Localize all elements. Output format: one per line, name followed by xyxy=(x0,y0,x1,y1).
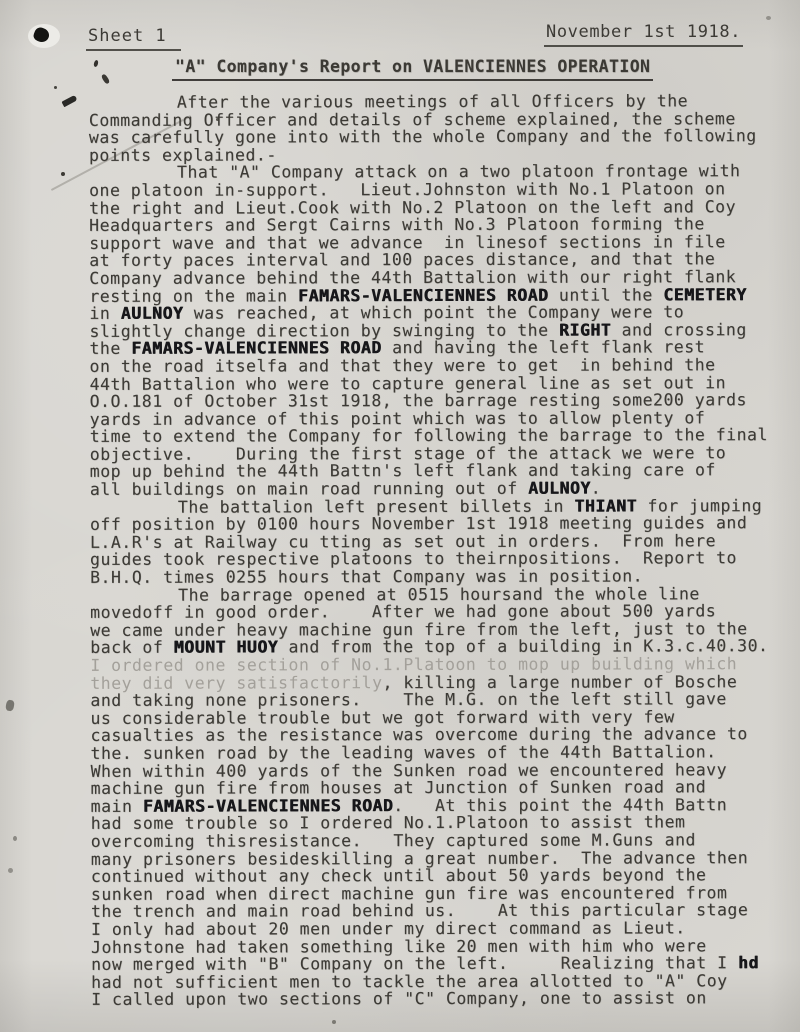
document-date: November 1st 1918. xyxy=(544,22,743,47)
ink-speck xyxy=(61,95,77,107)
typed-text: for jumping xyxy=(637,496,762,515)
typed-text: was carefully gone into with the whole C… xyxy=(89,126,757,147)
emphasized-text: AULNOY xyxy=(121,304,184,323)
emphasized-text: AULNOY xyxy=(528,479,591,498)
ink-speck xyxy=(332,1020,336,1024)
ink-speck xyxy=(8,868,13,873)
text-line: I called upon two sections of "C" Compan… xyxy=(91,989,791,1008)
emphasized-text: THIANT xyxy=(574,496,637,515)
emphasized-text: hd xyxy=(738,953,759,972)
text-line: was carefully gone into with the whole C… xyxy=(89,127,789,146)
typed-text: and crossing xyxy=(611,320,747,339)
typed-text: resting on the main xyxy=(89,286,298,306)
ink-speck xyxy=(93,60,99,68)
emphasized-text: RIGHT xyxy=(559,320,611,339)
document-title: "A" Company's Report on VALENCIENNES OPE… xyxy=(172,57,653,81)
emphasized-text: CEMETERY xyxy=(663,285,747,304)
paper-hole-patch xyxy=(28,24,60,48)
ink-speck xyxy=(54,86,57,89)
typed-text: back of xyxy=(90,638,174,657)
ink-blot xyxy=(32,26,51,45)
typed-text: the xyxy=(89,339,131,358)
typed-text: main xyxy=(91,797,143,816)
emphasized-text: MOUNT HUOY xyxy=(174,638,278,657)
sheet-label: Sheet 1 xyxy=(86,26,181,51)
document-body: After the various meetings of all Office… xyxy=(89,92,791,1009)
typed-text: . xyxy=(591,479,601,498)
ink-speck xyxy=(61,172,65,176)
typed-text: in xyxy=(89,304,120,323)
typed-text: until the xyxy=(548,285,663,304)
typed-text: points explained.- xyxy=(89,145,277,164)
ink-speck xyxy=(13,836,17,841)
ink-speck xyxy=(101,73,111,84)
ink-speck xyxy=(766,16,771,20)
scanned-document-page: Sheet 1 November 1st 1918. "A" Company's… xyxy=(0,0,800,1032)
ink-speck xyxy=(5,699,15,711)
typed-text: I called upon two sections of "C" Compan… xyxy=(91,989,707,1010)
